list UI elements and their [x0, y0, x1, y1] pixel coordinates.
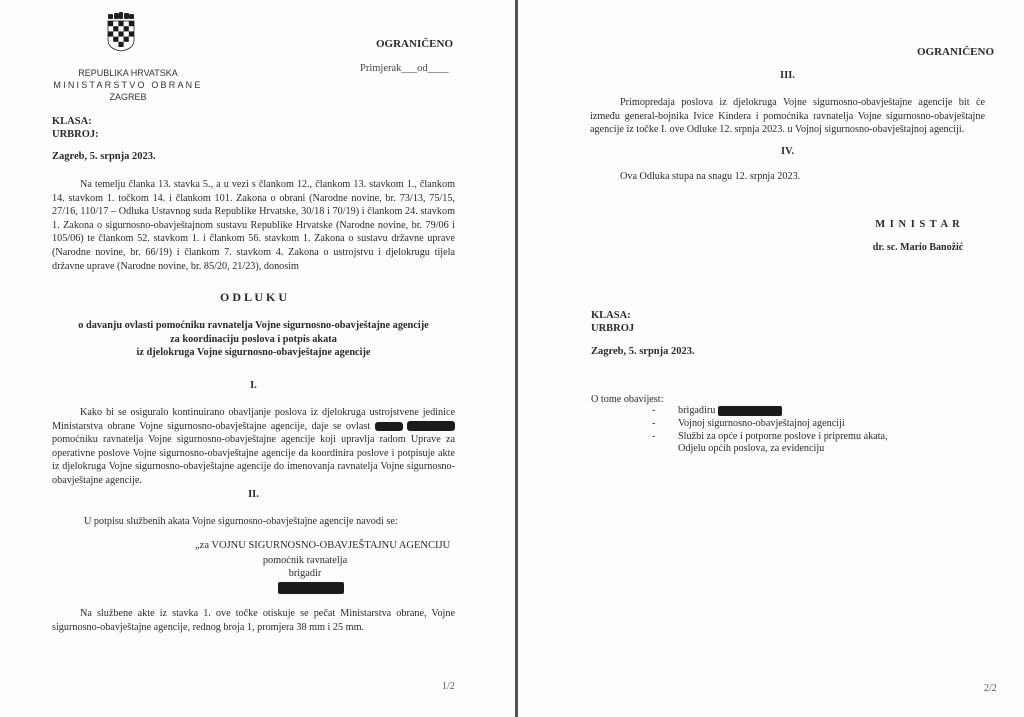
seal-paragraph: Na službene akte iz stavka 1. ove točke …	[52, 607, 455, 634]
section-1-text-b: pomoćniku ravnatelja Vojne sigurnosno-ob…	[52, 434, 455, 486]
country-name: REPUBLIKA HRVATSKA	[48, 67, 208, 79]
list-item: - Službi za opće i potporne poslove i pr…	[652, 431, 952, 444]
page-number: 2/2	[984, 683, 997, 694]
preamble-paragraph: Na temelju članka 13. stavka 5., a u vez…	[52, 178, 455, 273]
notify-recipient: Službi za opće i potporne poslove i prip…	[678, 431, 888, 442]
copy-number-line: Primjerak___od____	[360, 63, 449, 74]
section-4-heading: IV.	[590, 146, 985, 157]
section-3-paragraph: Primopredaja poslova iz djelokruga Vojne…	[590, 96, 985, 137]
urbroj-label: URBROJ	[591, 322, 634, 335]
klasa-label: KLASA:	[591, 309, 634, 322]
coat-of-arms-icon	[106, 12, 136, 52]
page-number: 1/2	[442, 681, 455, 692]
subtitle-line: iz djelokruga Vojne sigurnosno-obavješta…	[52, 346, 455, 360]
section-2-heading: II.	[52, 489, 455, 500]
signature-block: pomoćnik ravnatelja brigadir	[250, 554, 360, 580]
list-item-continuation: Odjelu općih poslova, za evidenciju	[652, 443, 952, 456]
document-page-2: OGRANIČENO III. Primopredaja poslova iz …	[518, 0, 1024, 717]
list-dash: -	[652, 431, 655, 444]
redaction-mark	[278, 582, 344, 594]
redaction-mark	[375, 422, 403, 431]
list-dash: -	[652, 405, 655, 418]
document-date: Zagreb, 5. srpnja 2023.	[591, 346, 695, 357]
city-name: ZAGREB	[48, 91, 208, 103]
signature-role: pomoćnik ravnatelja	[250, 554, 360, 567]
document-date: Zagreb, 5. srpnja 2023.	[52, 151, 156, 162]
decision-title: O D L U K U	[52, 290, 455, 305]
document-page-1: REPUBLIKA HRVATSKA MINISTARSTVO OBRANE Z…	[0, 0, 515, 717]
section-1-heading: I.	[52, 380, 455, 391]
signature-block-line-1: „za VOJNU SIGURNOSNO-OBAVJEŠTAJNU AGENCI…	[195, 540, 450, 551]
klasa-label: KLASA:	[52, 115, 99, 128]
redaction-mark	[718, 406, 782, 416]
section-2-intro: U potpisu službenih akata Vojne sigurnos…	[84, 515, 398, 529]
minister-title: M I N I S T A R	[848, 219, 988, 230]
minister-name: dr. sc. Mario Banožić	[848, 242, 988, 253]
section-4-paragraph: Ova Odluka stupa na snagu 12. srpnja 202…	[620, 170, 800, 184]
section-1-paragraph: Kako bi se osiguralo kontinuirano obavlj…	[52, 406, 455, 488]
decision-subtitle: o davanju ovlasti pomoćniku ravnatelja V…	[52, 319, 455, 360]
classification-label: OGRANIČENO	[376, 38, 453, 50]
section-3-heading: III.	[590, 70, 985, 81]
notify-list: - brigadiru - Vojnoj sigurnosno-obavješt…	[652, 405, 952, 456]
signature-rank: brigadir	[250, 567, 360, 580]
classification-label: OGRANIČENO	[917, 46, 994, 58]
ministry-header: REPUBLIKA HRVATSKA MINISTARSTVO OBRANE Z…	[48, 67, 208, 103]
reference-block: KLASA: URBROJ:	[52, 115, 99, 141]
subtitle-line: za koordinaciju poslova i potpis akata	[52, 333, 455, 347]
notify-recipient: Odjelu općih poslova, za evidenciju	[678, 443, 824, 454]
reference-block: KLASA: URBROJ	[591, 309, 634, 335]
redaction-mark	[407, 421, 455, 431]
ministry-name: MINISTARSTVO OBRANE	[48, 79, 208, 91]
subtitle-line: o davanju ovlasti pomoćniku ravnatelja V…	[52, 319, 455, 333]
list-item: - Vojnoj sigurnosno-obavještajnoj agenci…	[652, 418, 952, 431]
notify-recipient: Vojnoj sigurnosno-obavještajnoj agenciji	[678, 418, 845, 429]
notify-recipient: brigadiru	[678, 405, 715, 416]
urbroj-label: URBROJ:	[52, 128, 99, 141]
list-item: - brigadiru	[652, 405, 952, 418]
list-dash: -	[652, 418, 655, 431]
